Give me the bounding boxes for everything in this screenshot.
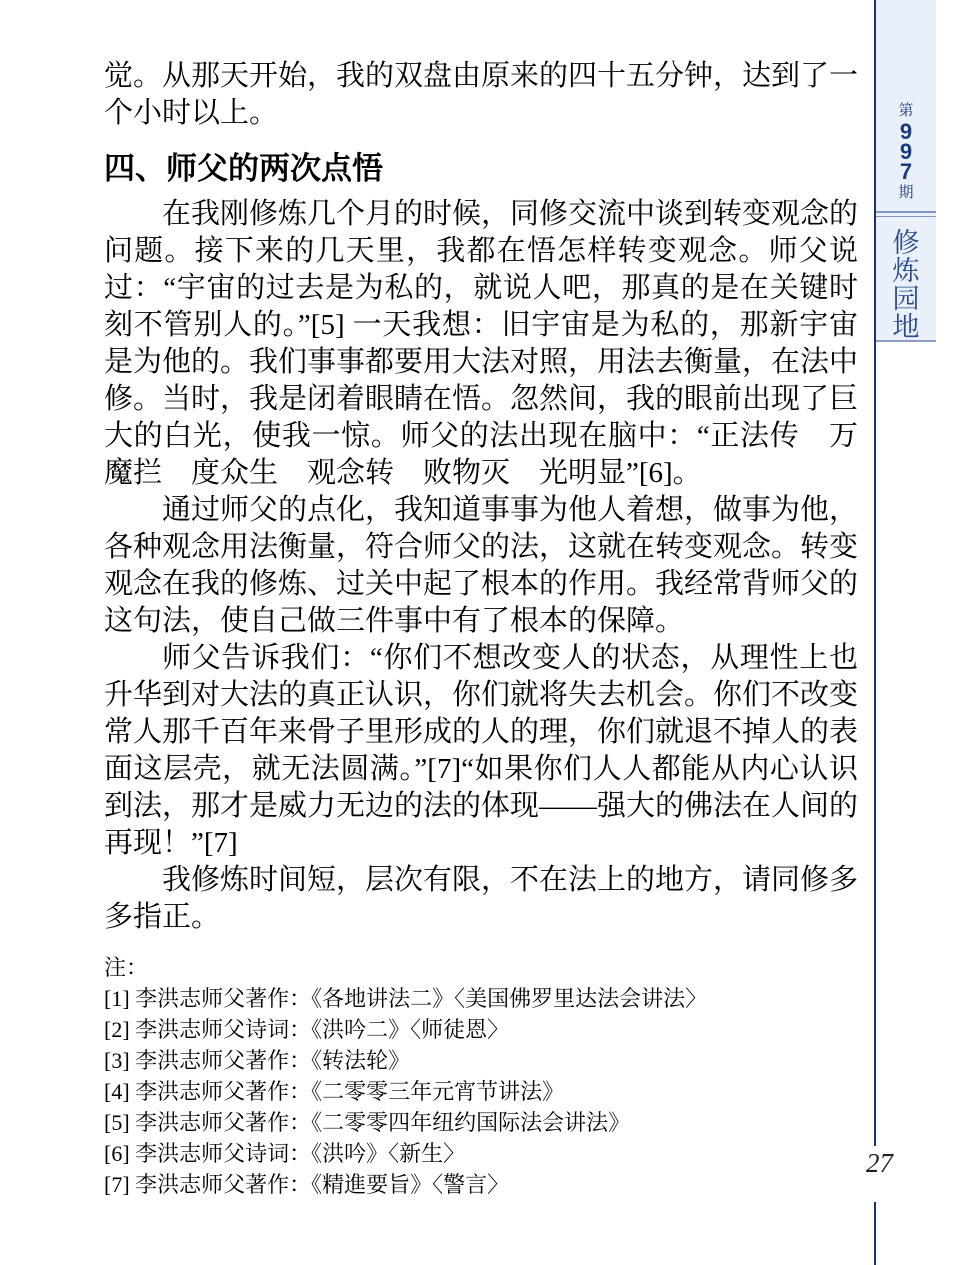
issue-sidebar: 第 9 9 7 期 修 炼 园 地	[876, 0, 936, 342]
paragraph: 在我刚修炼几个月的时候，同修交流中谈到转变观念的问题。接下来的几天里，我都在悟怎…	[104, 196, 858, 492]
footnote: [6] 李洪志师父诗词：《洪吟》〈新生〉	[104, 1138, 858, 1169]
issue-digit: 7	[876, 162, 936, 182]
page-number: 27	[866, 1148, 893, 1179]
footnote: [1] 李洪志师父著作：《各地讲法二》〈美国佛罗里达法会讲法〉	[104, 983, 858, 1014]
column-title-char: 园	[876, 285, 936, 313]
sidebar-divider	[876, 211, 936, 217]
footnote: [5] 李洪志师父著作：《二零零四年纽约国际法会讲法》	[104, 1107, 858, 1138]
column-title-char: 修	[876, 229, 936, 257]
footnote: [3] 李洪志师父著作：《转法轮》	[104, 1045, 858, 1076]
column-title-char: 炼	[876, 257, 936, 285]
footnote: [2] 李洪志师父诗词：《洪吟二》〈师徒恩〉	[104, 1014, 858, 1045]
paragraph: 师父告诉我们：“你们不想改变人的状态，从理性上也升华到对大法的真正认识，你们就将…	[104, 640, 858, 862]
continuation-paragraph: 觉。从那天开始，我的双盘由原来的四十五分钟，达到了一个小时以上。	[104, 58, 858, 132]
sidebar-rule-bottom	[874, 1202, 876, 1265]
notes-label: 注：	[104, 952, 858, 983]
paragraph: 我修炼时间短，层次有限，不在法上的地方，请同修多多指正。	[104, 862, 858, 936]
article-body: 觉。从那天开始，我的双盘由原来的四十五分钟，达到了一个小时以上。 四、师父的两次…	[104, 58, 858, 1200]
footnotes: 注： [1] 李洪志师父著作：《各地讲法二》〈美国佛罗里达法会讲法〉 [2] 李…	[104, 952, 858, 1200]
footnote: [7] 李洪志师父著作：《精進要旨》〈警言〉	[104, 1169, 858, 1200]
column-title-char: 地	[876, 313, 936, 341]
paragraph: 通过师父的点化，我知道事事为他人着想，做事为他，各种观念用法衡量，符合师父的法，…	[104, 492, 858, 640]
issue-suffix: 期	[876, 182, 936, 204]
section-heading: 四、师父的两次点悟	[104, 150, 858, 188]
column-title: 修 炼 园 地	[876, 229, 936, 341]
footnote: [4] 李洪志师父著作：《二零零三年元宵节讲法》	[104, 1076, 858, 1107]
issue-number-block: 第 9 9 7 期	[876, 0, 936, 204]
